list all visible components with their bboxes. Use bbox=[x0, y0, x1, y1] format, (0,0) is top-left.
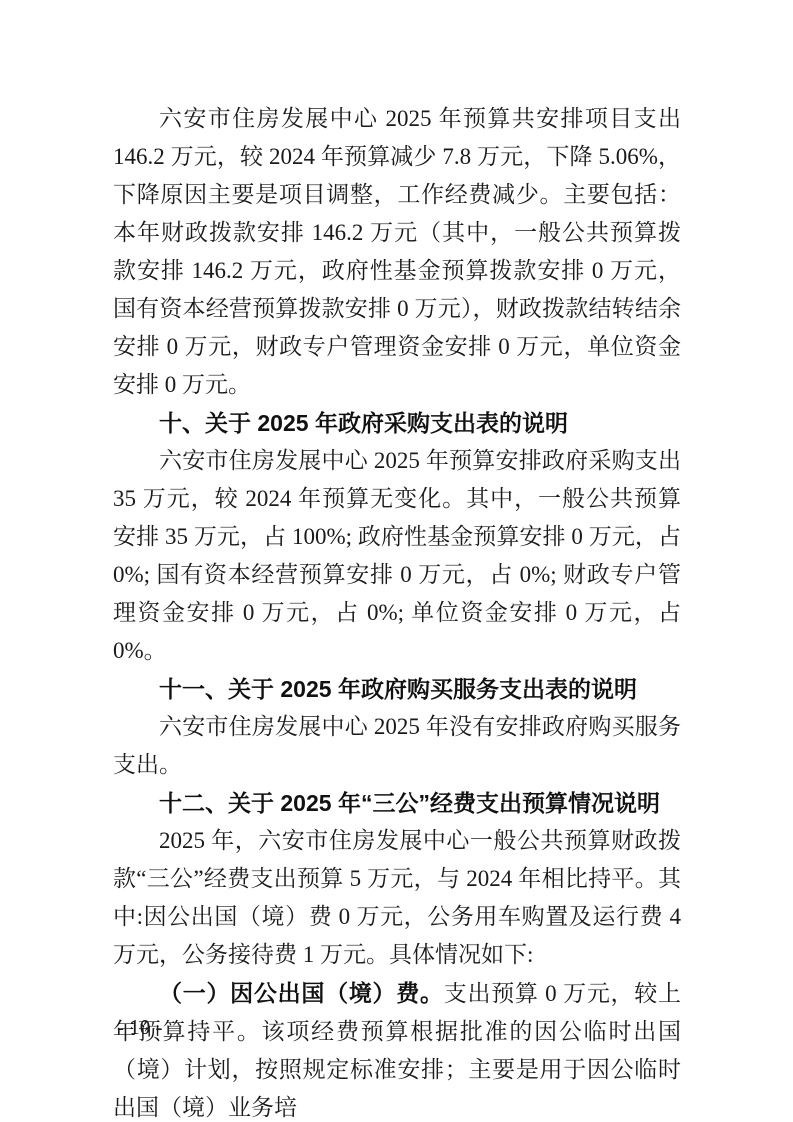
document-page: 六安市住房发展中心 2025 年预算共安排项目支出 146.2 万元，较 202… bbox=[0, 0, 793, 1122]
paragraph-overseas-trip-expense: （一）因公出国（境）费。支出预算 0 万元，较上年预算持平。该项经费预算根据批准… bbox=[113, 974, 681, 1122]
paragraph-project-expenditure: 六安市住房发展中心 2025 年预算共安排项目支出 146.2 万元，较 202… bbox=[113, 100, 681, 404]
page-number: - 10 - bbox=[117, 1013, 163, 1041]
heading-section-12-three-public-funds: 十二、关于 2025 年“三公”经费支出预算情况说明 bbox=[113, 784, 681, 822]
paragraph-lead-overseas-trip-label: （一）因公出国（境）费。 bbox=[159, 980, 444, 1006]
heading-section-10-gov-procurement: 十、关于 2025 年政府采购支出表的说明 bbox=[113, 404, 681, 442]
paragraph-gov-purchased-services-detail: 六安市住房发展中心 2025 年没有安排政府购买服务支出。 bbox=[113, 708, 681, 784]
paragraph-gov-procurement-detail: 六安市住房发展中心 2025 年预算安排政府采购支出 35 万元，较 2024 … bbox=[113, 442, 681, 670]
document-body: 六安市住房发展中心 2025 年预算共安排项目支出 146.2 万元，较 202… bbox=[113, 100, 681, 1122]
paragraph-three-public-funds-overview: 2025 年，六安市住房发展中心一般公共预算财政拨款“三公”经费支出预算 5 万… bbox=[113, 822, 681, 974]
heading-section-11-gov-purchased-services: 十一、关于 2025 年政府购买服务支出表的说明 bbox=[113, 670, 681, 708]
